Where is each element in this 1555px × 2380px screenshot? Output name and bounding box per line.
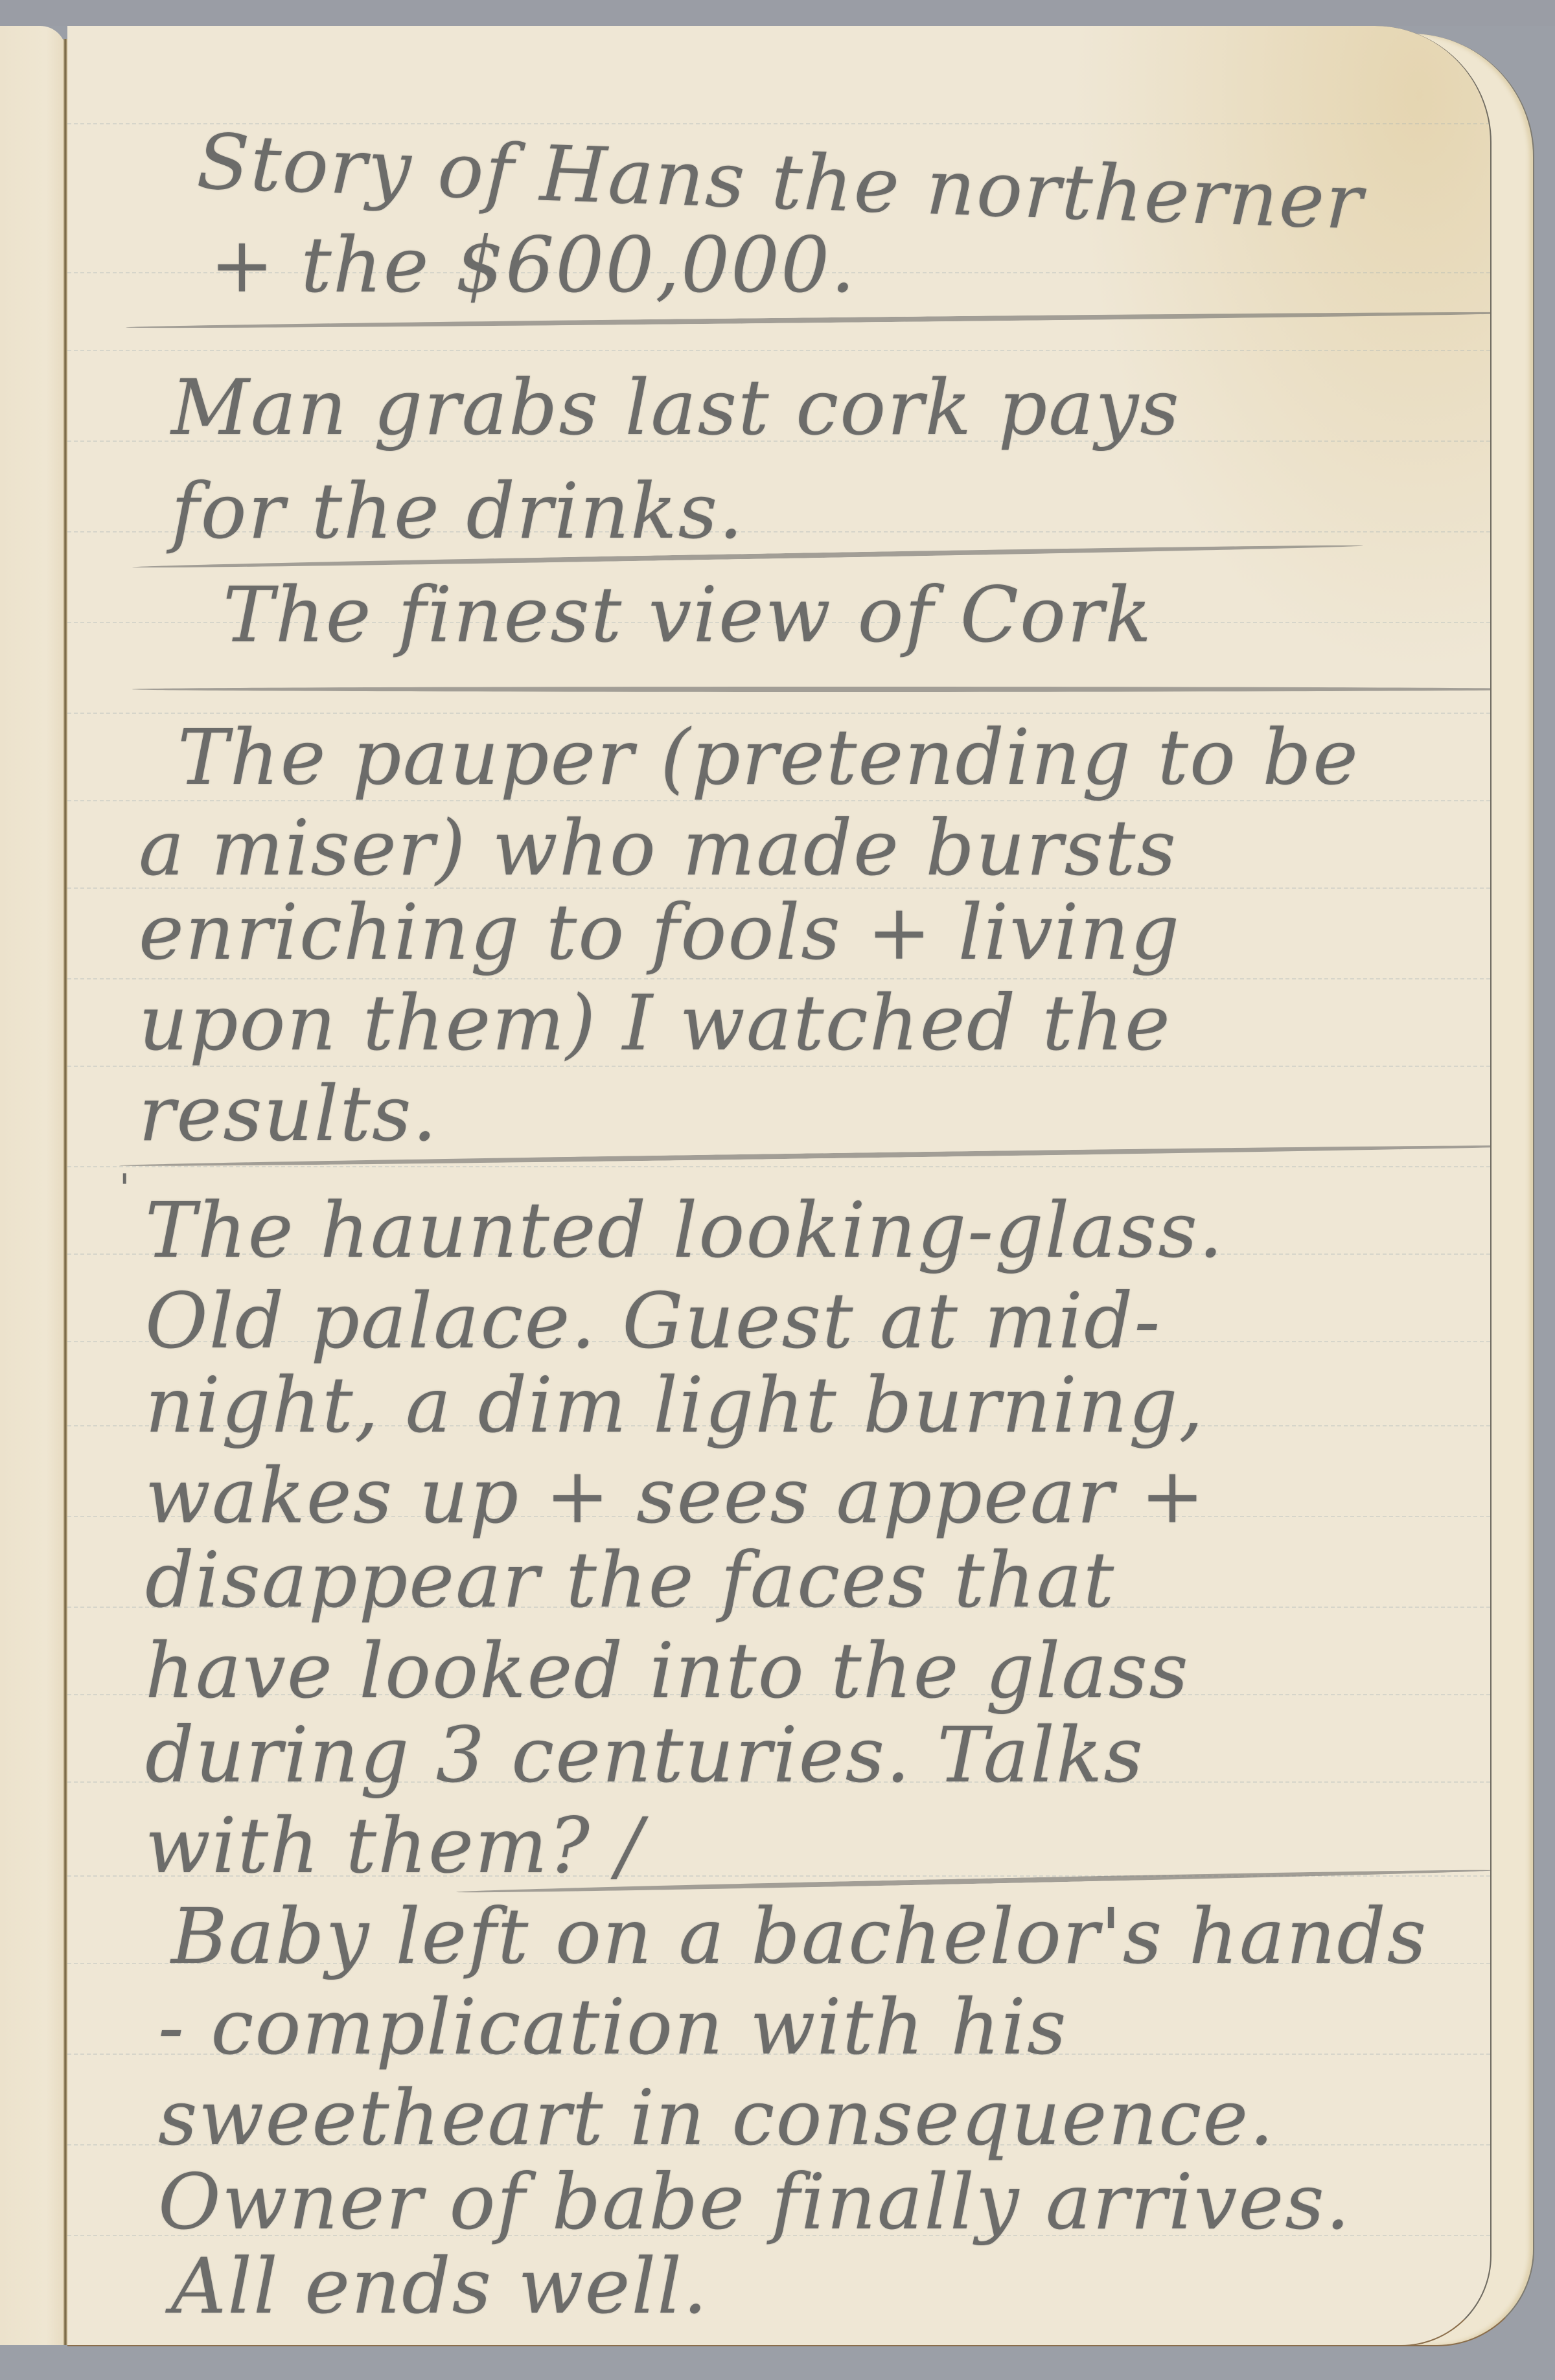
handwritten-line: with them? / — [145, 1801, 643, 1890]
handwritten-line: upon them) I watched the — [139, 978, 1171, 1068]
handwritten-line: for the drinks. — [171, 466, 744, 556]
handwritten-line: during 3 centuries. Talks — [145, 1710, 1144, 1800]
handwritten-line: The pauper (pretending to be — [178, 713, 1359, 802]
handwritten-line: - complication with his — [158, 1982, 1068, 2072]
handwritten-line: Baby left on a bachelor's hands — [171, 1892, 1427, 1981]
handwritten-line: night, a dim light burning, — [145, 1360, 1204, 1450]
handwritten-line: enriching to fools + living — [139, 887, 1181, 977]
handwritten-line: Man grabs last cork pays — [171, 363, 1181, 452]
divider-stroke — [132, 687, 1492, 692]
handwritten-line: wakes up + sees appear + — [145, 1451, 1206, 1540]
handwritten-line: All ends well. — [171, 2241, 708, 2331]
notebook-page: Story of Hans the northerner + the $600,… — [67, 26, 1492, 2346]
ruled-line — [67, 1166, 1490, 1167]
handwritten-line: sweetheart in consequence. — [158, 2073, 1275, 2162]
margin-tick-mark: ' — [119, 1166, 130, 1211]
handwritten-line: have looked into the glass — [145, 1626, 1190, 1715]
handwritten-line: The haunted looking-glass. — [145, 1185, 1224, 1275]
handwritten-line: Old palace. Guest at mid- — [145, 1276, 1161, 1366]
handwritten-line: a miser) who made bursts — [139, 803, 1177, 893]
divider-stroke — [126, 310, 1492, 330]
handwritten-line: results. — [139, 1069, 438, 1158]
handwritten-line: + the $600,000. — [210, 220, 857, 310]
background-top — [0, 0, 1555, 26]
handwritten-line: Owner of babe finally arrives. — [158, 2157, 1351, 2247]
ruled-line — [67, 350, 1490, 351]
left-page-edge — [0, 26, 66, 2345]
handwritten-line: disappear the faces that — [145, 1535, 1115, 1625]
handwritten-line: The finest view of Cork — [223, 570, 1153, 659]
